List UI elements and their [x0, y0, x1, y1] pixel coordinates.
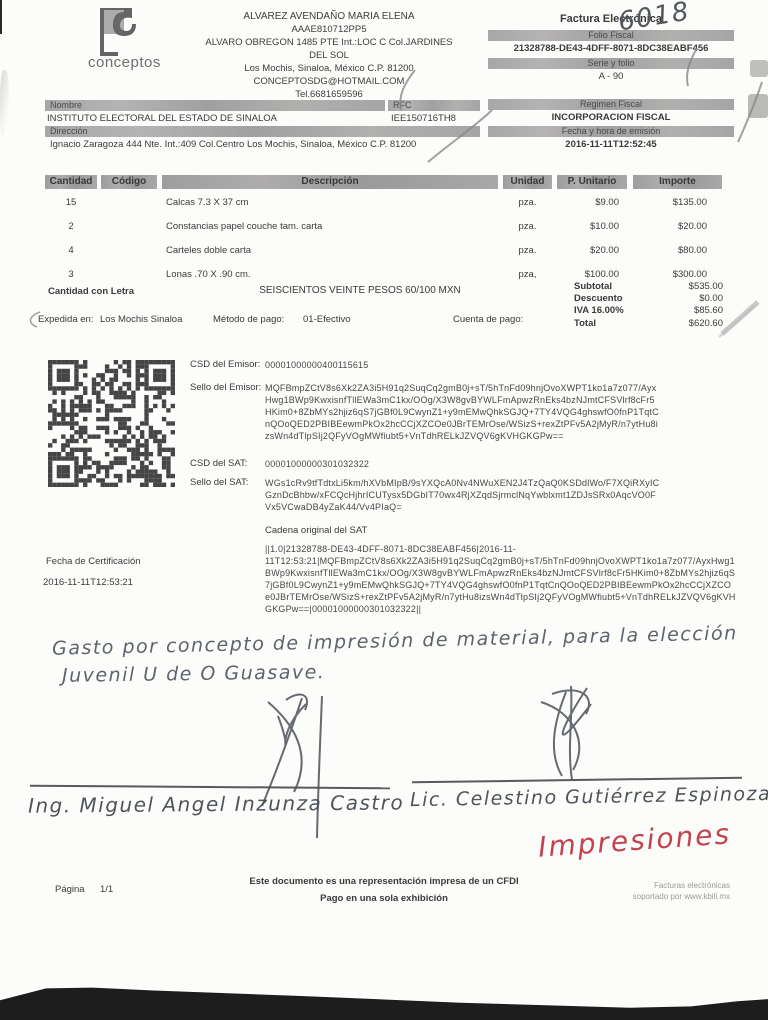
issuer-rfc: AAAE810712PP5	[168, 23, 490, 36]
metodo-pago-value: 01-Efectivo	[303, 314, 351, 326]
cell-importe: $135.00	[633, 197, 707, 209]
iva-value: $85.60	[653, 305, 723, 317]
col-header-cantidad: Cantidad	[45, 175, 97, 189]
cell-importe: $80.00	[633, 245, 707, 257]
cadena-line: 11T12:53:21|MQFBmpZCtV8s6Xk2ZA3i5H91q2Su…	[265, 555, 745, 567]
direccion-value: Ignacio Zaragoza 444 Nte. Int.:409 Col.C…	[50, 139, 416, 151]
cell-p-unitario: $100.00	[557, 269, 619, 281]
signer-name-left: Ing. Miguel Angel Inzunza Castro	[28, 790, 404, 817]
cell-cantidad: 4	[45, 245, 97, 257]
cell-unidad: pza.	[503, 245, 552, 257]
cantidad-letra-label: Cantidad con Letra	[48, 286, 134, 298]
folio-fiscal-label: Folio Fiscal	[488, 30, 734, 41]
cfdi-footer-line2: Pago en una sola exhibición	[184, 893, 584, 905]
descuento-value: $0.00	[653, 293, 723, 305]
cfdi-footer-line1: Este documento es una representación imp…	[184, 876, 584, 888]
fecha-certificacion-value: 2016-11-11T12:53:21	[43, 577, 133, 589]
nombre-label: Nombre	[45, 100, 385, 111]
scanned-invoice-page: conceptos ALVAREZ AVENDAÑO MARIA ELENA A…	[0, 0, 768, 1020]
cell-descripcion: Constancias papel couche tam. carta	[166, 221, 322, 233]
cadena-line: 7jGBf0L9CwynZ1+y9mEMwQhkSGJQ+7TY4VQG4ghs…	[265, 579, 745, 591]
cantidad-letra-value: SEISCIENTOS VEINTE PESOS 60/100 MXN	[160, 285, 560, 296]
issuer-name: ALVAREZ AVENDAÑO MARIA ELENA	[168, 10, 490, 23]
seal-line: GznDcBhbw/xFCQcHjhrICUTysx5DGbIT70wx4RjX…	[265, 489, 743, 501]
sello-emisor-value: MQFBmpZCtV8s6Xk2ZA3i5H91q2SuqCq2gmB0j+sT…	[265, 382, 743, 442]
subtotal-value: $535.00	[653, 281, 723, 293]
col-header-p-unitario: P. Unitario	[557, 175, 627, 189]
issuer-email: CONCEPTOSDG@HOTMAIL.COM	[168, 75, 490, 88]
csd-sat-label: CSD del SAT:	[190, 458, 247, 470]
cell-descripcion: Carteles doble carta	[166, 245, 251, 257]
cell-cantidad: 3	[45, 269, 97, 281]
expedida-label: Expedida en:	[38, 314, 93, 326]
folio-fiscal-value: 21328788-DE43-4DFF-8071-8DC38EABF456	[488, 43, 734, 55]
cadena-line: ||1.0|21328788-DE43-4DFF-8071-8DC38EABF4…	[265, 543, 745, 555]
emision-value: 2016-11-11T12:52:45	[488, 139, 734, 151]
cadena-line: e0JBrTEMrOse/WSizS+rexZtPFv5A2jMyR/n7ytH…	[265, 591, 745, 603]
seal-line: Hwg1BWp9KwxisnfTllEWa3mC1kx/OOg/X3W8gvBY…	[265, 394, 743, 406]
sello-sat-value: WGs1cRv9tfTdtxLi5km/hXVbMIpB/9sYXQcA0Nv4…	[265, 477, 743, 513]
emision-label: Fecha y hora de emisión	[488, 126, 734, 137]
scan-artifact	[748, 94, 768, 118]
seal-line: Vx5VCwaDB4yZaK44/Vv4PIaQ=	[265, 501, 743, 513]
qr-code	[48, 360, 175, 487]
scan-artifact	[750, 60, 768, 77]
handwritten-note-line2: Juvenil U de O Guasave.	[62, 661, 326, 687]
cadena-original-label: Cadena original del SAT	[265, 525, 367, 537]
signature-scribble-left	[262, 695, 322, 838]
issuer-block: ALVAREZ AVENDAÑO MARIA ELENA AAAE810712P…	[168, 10, 490, 101]
invoice-title: Factura Electrónica	[488, 13, 734, 25]
col-header-unidad: Unidad	[503, 175, 552, 189]
cell-p-unitario: $9.00	[557, 197, 619, 209]
cell-unidad: pza.	[503, 197, 552, 209]
cell-unidad: pza.	[503, 221, 552, 233]
signature-scribble-right	[541, 686, 591, 780]
rfc-value: IEE150716TH8	[391, 113, 456, 125]
provider-line: soportado por www.kbill.mx	[590, 891, 730, 902]
col-header-codigo: Código	[101, 175, 157, 189]
handwritten-red-label: Impresiones	[537, 817, 732, 863]
cell-importe: $300.00	[633, 269, 707, 281]
cadena-original-value: ||1.0|21328788-DE43-4DFF-8071-8DC38EABF4…	[265, 543, 745, 615]
issuer-address-2: DEL SOL	[168, 49, 490, 62]
sello-sat-label: Sello del SAT:	[190, 477, 248, 489]
serie-folio-label: Serie y folio	[488, 58, 734, 69]
col-header-importe: Importe	[633, 175, 722, 189]
seal-line: nQOoQED2PBIBEewmPkOx2hcCCjXZCOe0JBrTEMrO…	[265, 418, 743, 430]
signature-line-right	[412, 777, 742, 784]
seal-line: zsWn4dTlpSIj2QFyVOgMWfiubt5+VnTdhRELkJZV…	[265, 430, 743, 442]
iva-label: IVA 16.00%	[574, 305, 624, 317]
cell-cantidad: 15	[45, 197, 97, 209]
pagina-label: Página	[55, 884, 85, 896]
logo-wordmark: conceptos	[88, 54, 161, 71]
cell-descripcion: Lonas .70 X .90 cm.	[166, 269, 251, 281]
conceptos-logo-icon	[96, 8, 136, 56]
metodo-pago-label: Método de pago:	[213, 314, 284, 326]
serie-folio-value: A - 90	[488, 71, 734, 83]
cuenta-pago-label: Cuenta de pago:	[453, 314, 523, 326]
csd-sat-value: 00001000000301032322	[265, 458, 369, 470]
issuer-address-1: ALVARO OBREGON 1485 PTE Int.:LOC C Col.J…	[168, 36, 490, 49]
issuer-city: Los Mochis, Sinaloa, México C.P. 81200	[168, 62, 490, 75]
direccion-label: Dirección	[45, 126, 480, 137]
csd-emisor-label: CSD del Emisor:	[190, 359, 260, 371]
sello-emisor-label: Sello del Emisor:	[190, 382, 261, 394]
descuento-label: Descuento	[574, 293, 623, 305]
col-header-descripcion: Descripción	[162, 175, 498, 189]
cell-descripcion: Calcas 7.3 X 37 cm	[166, 197, 248, 209]
seal-line: HKim0+8ZbMYs2hjiz6qS7jGBf0L9CwynZ1+y9mEM…	[265, 406, 743, 418]
provider-line: Facturas electrónicas	[590, 880, 730, 891]
provider-credit: Facturas electrónicas soportado por www.…	[590, 880, 730, 902]
signer-name-right: Lic. Celestino Gutiérrez Espinoza	[410, 783, 768, 811]
scan-edge-mark	[0, 0, 2, 34]
scanner-black-band	[0, 984, 768, 1020]
csd-emisor-value: 00001000000400115615	[265, 359, 368, 371]
cadena-line: GKGPw==|00001000000301032322||	[265, 603, 745, 615]
total-value: $620.60	[653, 318, 723, 330]
signature-line-left	[30, 785, 390, 790]
regimen-value: INCORPORACION FISCAL	[488, 112, 734, 124]
pagina-value: 1/1	[100, 884, 113, 896]
pencil-mark-near-total	[719, 302, 758, 337]
rfc-label: RFC	[388, 100, 480, 111]
seal-line: WGs1cRv9tfTdtxLi5km/hXVbMIpB/9sYXQcA0Nv4…	[265, 477, 743, 489]
cell-importe: $20.00	[633, 221, 707, 233]
seal-line: MQFBmpZCtV8s6Xk2ZA3i5H91q2SuqCq2gmB0j+sT…	[265, 382, 743, 394]
fecha-certificacion-label: Fecha de Certificación	[46, 556, 141, 568]
cadena-line: BWp9KwxisnfTllEWa3mC1kx/OOg/X3W8gvBYWLFm…	[265, 567, 745, 579]
cell-unidad: pza,	[503, 269, 552, 281]
total-label: Total	[574, 318, 596, 330]
paper-fold-shadow	[0, 70, 9, 140]
cell-p-unitario: $10.00	[557, 221, 619, 233]
cell-cantidad: 2	[45, 221, 97, 233]
nombre-value: INSTITUTO ELECTORAL DEL ESTADO DE SINALO…	[47, 113, 277, 125]
subtotal-label: Subtotal	[574, 281, 612, 293]
regimen-label: Regimen Fiscal	[488, 99, 734, 110]
expedida-value: Los Mochis Sinaloa	[100, 314, 182, 326]
handwritten-note-line1: Gasto por concepto de impresión de mater…	[52, 622, 738, 660]
cell-p-unitario: $20.00	[557, 245, 619, 257]
